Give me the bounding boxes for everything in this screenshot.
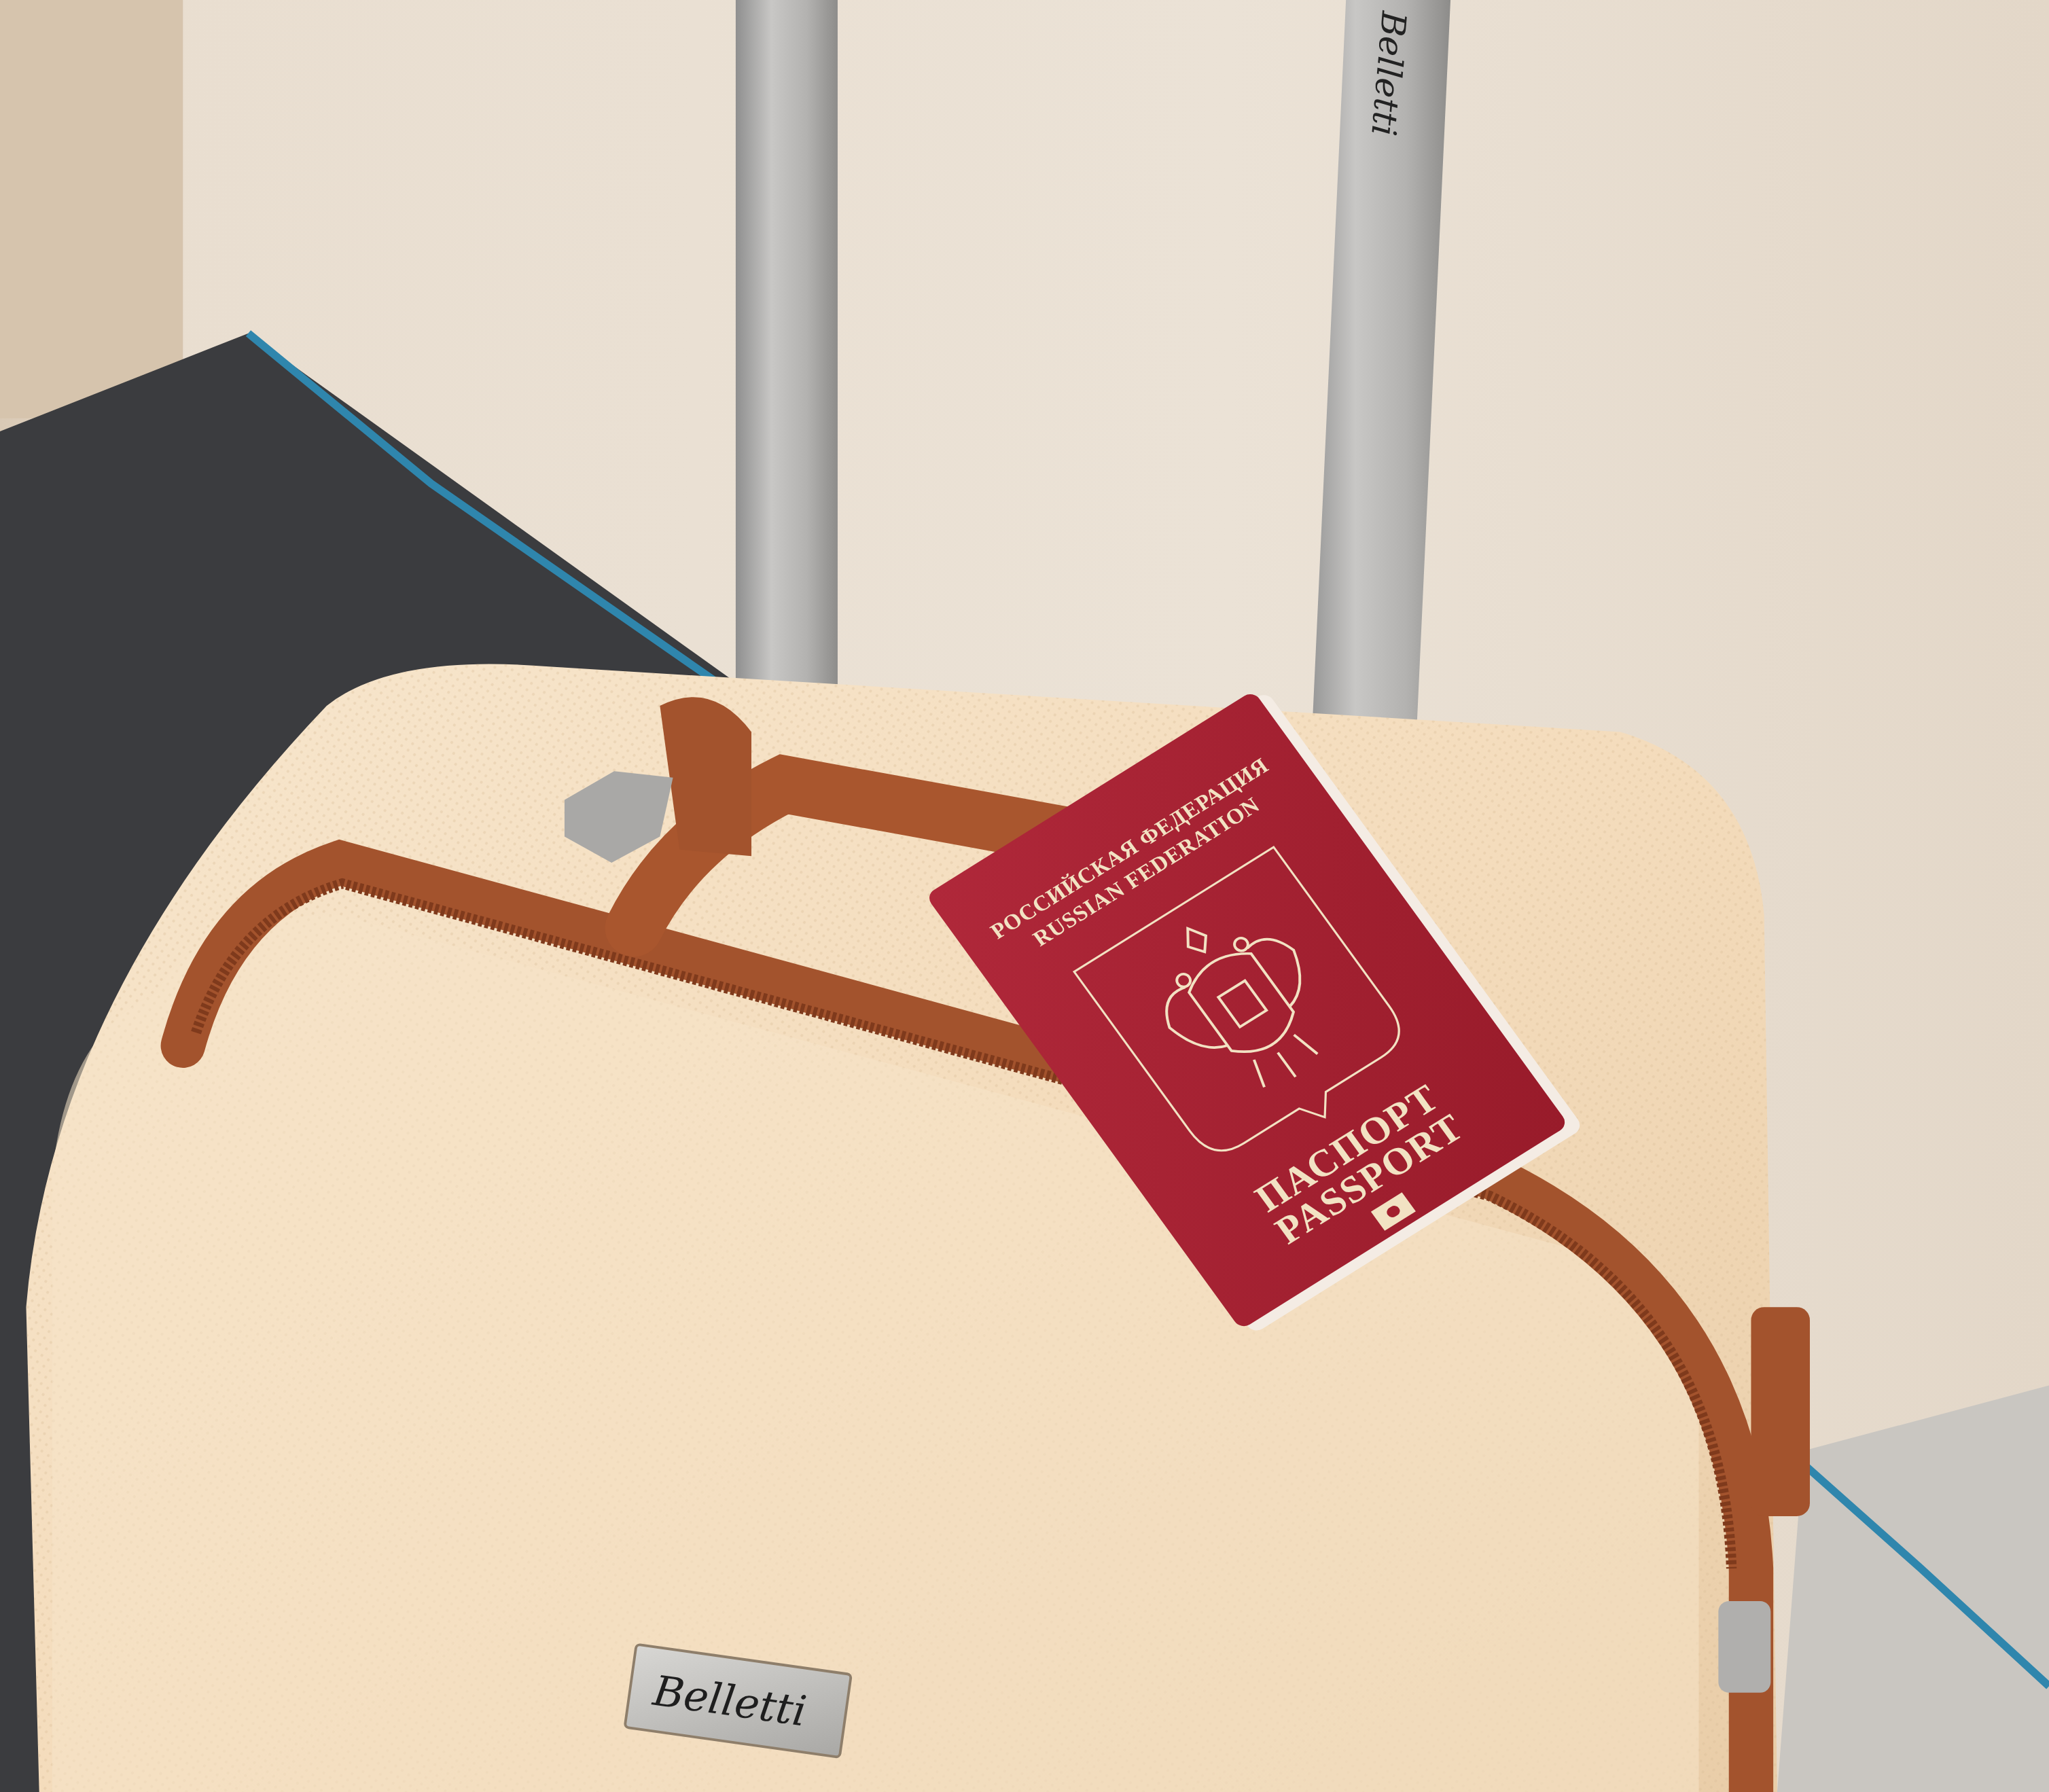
- photo-scene: Belletti Belletti РОССИЙСКАЯ ФЕДЕРАЦИЯ R…: [0, 0, 2049, 1792]
- side-clip: [1718, 1601, 1770, 1693]
- door-frame: [0, 0, 183, 418]
- side-handle: [1751, 1307, 1810, 1516]
